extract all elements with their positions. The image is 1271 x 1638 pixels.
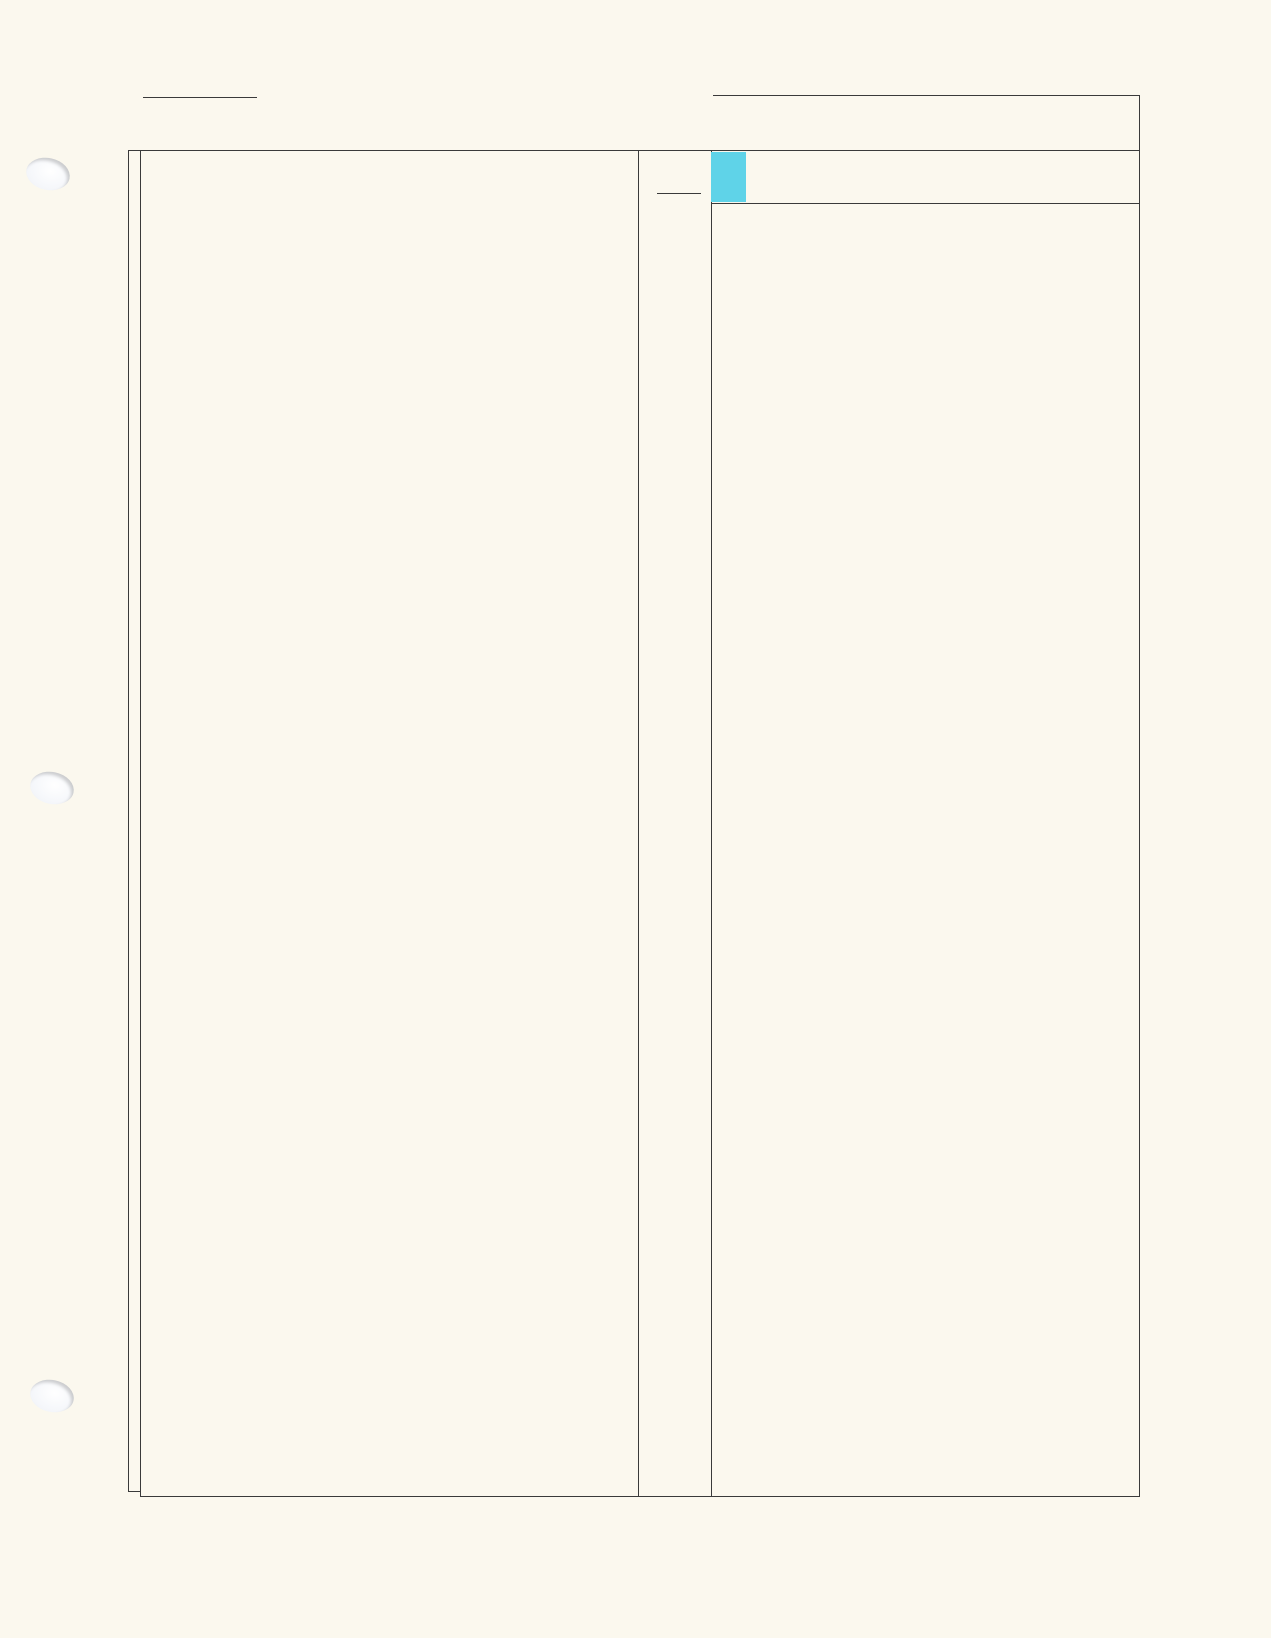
frame-left-inner — [140, 150, 141, 1496]
reconstruction-blank-line — [657, 193, 701, 194]
middle-divider — [638, 150, 639, 1496]
frame-right — [1139, 95, 1140, 1497]
label-divider — [711, 150, 712, 1496]
frame-bottom-left — [128, 1491, 140, 1492]
highlighted-cell[interactable] — [711, 152, 746, 202]
punch-hole — [23, 154, 73, 194]
frame-left-outer — [128, 150, 129, 1491]
gloss-underline — [713, 95, 1140, 96]
frame-bottom — [140, 1496, 1140, 1497]
punch-hole — [27, 1376, 77, 1416]
punch-hole — [27, 768, 77, 808]
frame-top — [128, 150, 1140, 151]
date-underline — [143, 97, 257, 98]
reconstruction-row-bottom — [711, 203, 1139, 204]
